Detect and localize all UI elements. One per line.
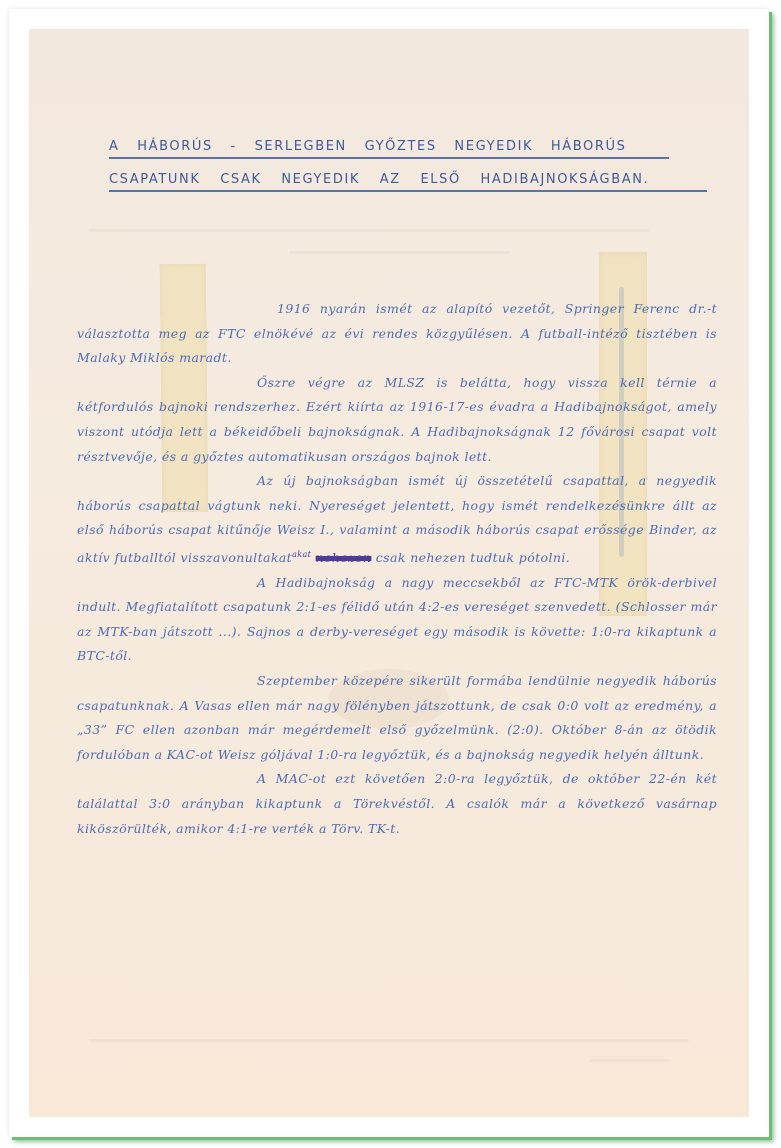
paragraph-3: Az új bajnokságban ismét új összetételű … xyxy=(77,469,717,571)
photo-frame: A HÁBORÚS - SERLEGBEN GYŐZTES NEGYEDIK H… xyxy=(9,9,769,1137)
bleed-through-line xyxy=(89,229,649,232)
document-title-line-1: A HÁBORÚS - SERLEGBEN GYŐZTES NEGYEDIK H… xyxy=(109,139,669,159)
paragraph-3-text-end: csak nehezen tudtuk pótolni. xyxy=(376,550,570,565)
document-title-line-2: CSAPATUNK CSAK NEGYEDIK AZ ELSŐ HADIBAJN… xyxy=(109,172,707,192)
paragraph-5: Szeptember közepére sikerült formába len… xyxy=(77,669,717,767)
handwritten-insertion: akat xyxy=(292,550,311,559)
struck-out-word: nehezen xyxy=(316,550,372,565)
handwritten-body: 1916 nyarán ismét az alapító vezetőt, Sp… xyxy=(77,297,717,841)
paragraph-2: Őszre végre az MLSZ is belátta, hogy vis… xyxy=(77,371,717,469)
paragraph-6: A MAC-ot ezt követően 2:0-ra legyőztük, … xyxy=(77,767,717,841)
bleed-through-line xyxy=(289,251,509,254)
bleed-through-line xyxy=(89,1039,689,1042)
paragraph-1: 1916 nyarán ismét az alapító vezetőt, Sp… xyxy=(77,297,717,371)
bleed-through-line xyxy=(589,1059,669,1062)
paragraph-4: A Hadibajnokság a nagy meccsekből az FTC… xyxy=(77,571,717,669)
document-page: A HÁBORÚS - SERLEGBEN GYŐZTES NEGYEDIK H… xyxy=(29,29,749,1117)
